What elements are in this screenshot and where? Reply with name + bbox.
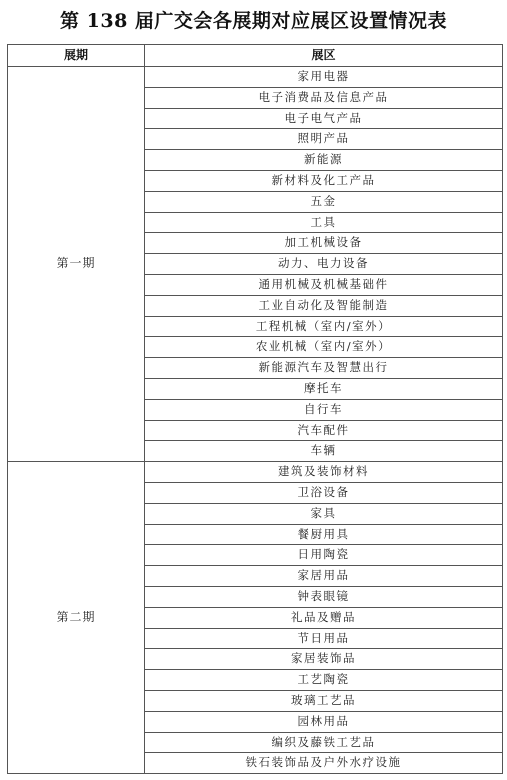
area-cell: 车辆 <box>145 441 503 462</box>
header-period: 展期 <box>8 45 145 67</box>
area-cell: 编织及藤铁工艺品 <box>145 732 503 753</box>
period-cell: 第二期 <box>8 462 145 774</box>
area-cell: 园林用品 <box>145 711 503 732</box>
area-cell: 礼品及赠品 <box>145 607 503 628</box>
table-header-row: 展期 展区 <box>8 45 503 67</box>
area-cell: 建筑及装饰材料 <box>145 462 503 483</box>
area-cell: 通用机械及机械基础件 <box>145 274 503 295</box>
area-cell: 自行车 <box>145 399 503 420</box>
area-cell: 餐厨用具 <box>145 524 503 545</box>
area-cell: 新能源 <box>145 150 503 171</box>
table-body: 第一期家用电器电子消费品及信息产品电子电气产品照明产品新能源新材料及化工产品五金… <box>8 67 503 774</box>
table-row: 第一期家用电器 <box>8 67 503 88</box>
area-cell: 家具 <box>145 503 503 524</box>
area-cell: 工艺陶瓷 <box>145 670 503 691</box>
table-row: 第二期建筑及装饰材料 <box>8 462 503 483</box>
area-cell: 家居用品 <box>145 566 503 587</box>
area-cell: 日用陶瓷 <box>145 545 503 566</box>
area-cell: 卫浴设备 <box>145 482 503 503</box>
area-cell: 新材料及化工产品 <box>145 170 503 191</box>
area-cell: 工具 <box>145 212 503 233</box>
area-cell: 电子电气产品 <box>145 108 503 129</box>
area-cell: 动力、电力设备 <box>145 254 503 275</box>
area-cell: 工程机械（室内/室外） <box>145 316 503 337</box>
area-cell: 新能源汽车及智慧出行 <box>145 358 503 379</box>
exhibition-areas-table: 展期 展区 第一期家用电器电子消费品及信息产品电子电气产品照明产品新能源新材料及… <box>7 44 503 774</box>
area-cell: 家用电器 <box>145 67 503 88</box>
area-cell: 家居装饰品 <box>145 649 503 670</box>
area-cell: 加工机械设备 <box>145 233 503 254</box>
area-cell: 汽车配件 <box>145 420 503 441</box>
header-area: 展区 <box>145 45 503 67</box>
area-cell: 五金 <box>145 191 503 212</box>
area-cell: 铁石装饰品及户外水疗设施 <box>145 753 503 774</box>
area-cell: 工业自动化及智能制造 <box>145 295 503 316</box>
area-cell: 节日用品 <box>145 628 503 649</box>
area-cell: 玻璃工艺品 <box>145 690 503 711</box>
area-cell: 摩托车 <box>145 378 503 399</box>
area-cell: 农业机械（室内/室外） <box>145 337 503 358</box>
area-cell: 照明产品 <box>145 129 503 150</box>
document-title: 第 138 届广交会各展期对应展区设置情况表 <box>0 6 507 33</box>
period-cell: 第一期 <box>8 67 145 462</box>
area-cell: 钟表眼镜 <box>145 586 503 607</box>
area-cell: 电子消费品及信息产品 <box>145 87 503 108</box>
